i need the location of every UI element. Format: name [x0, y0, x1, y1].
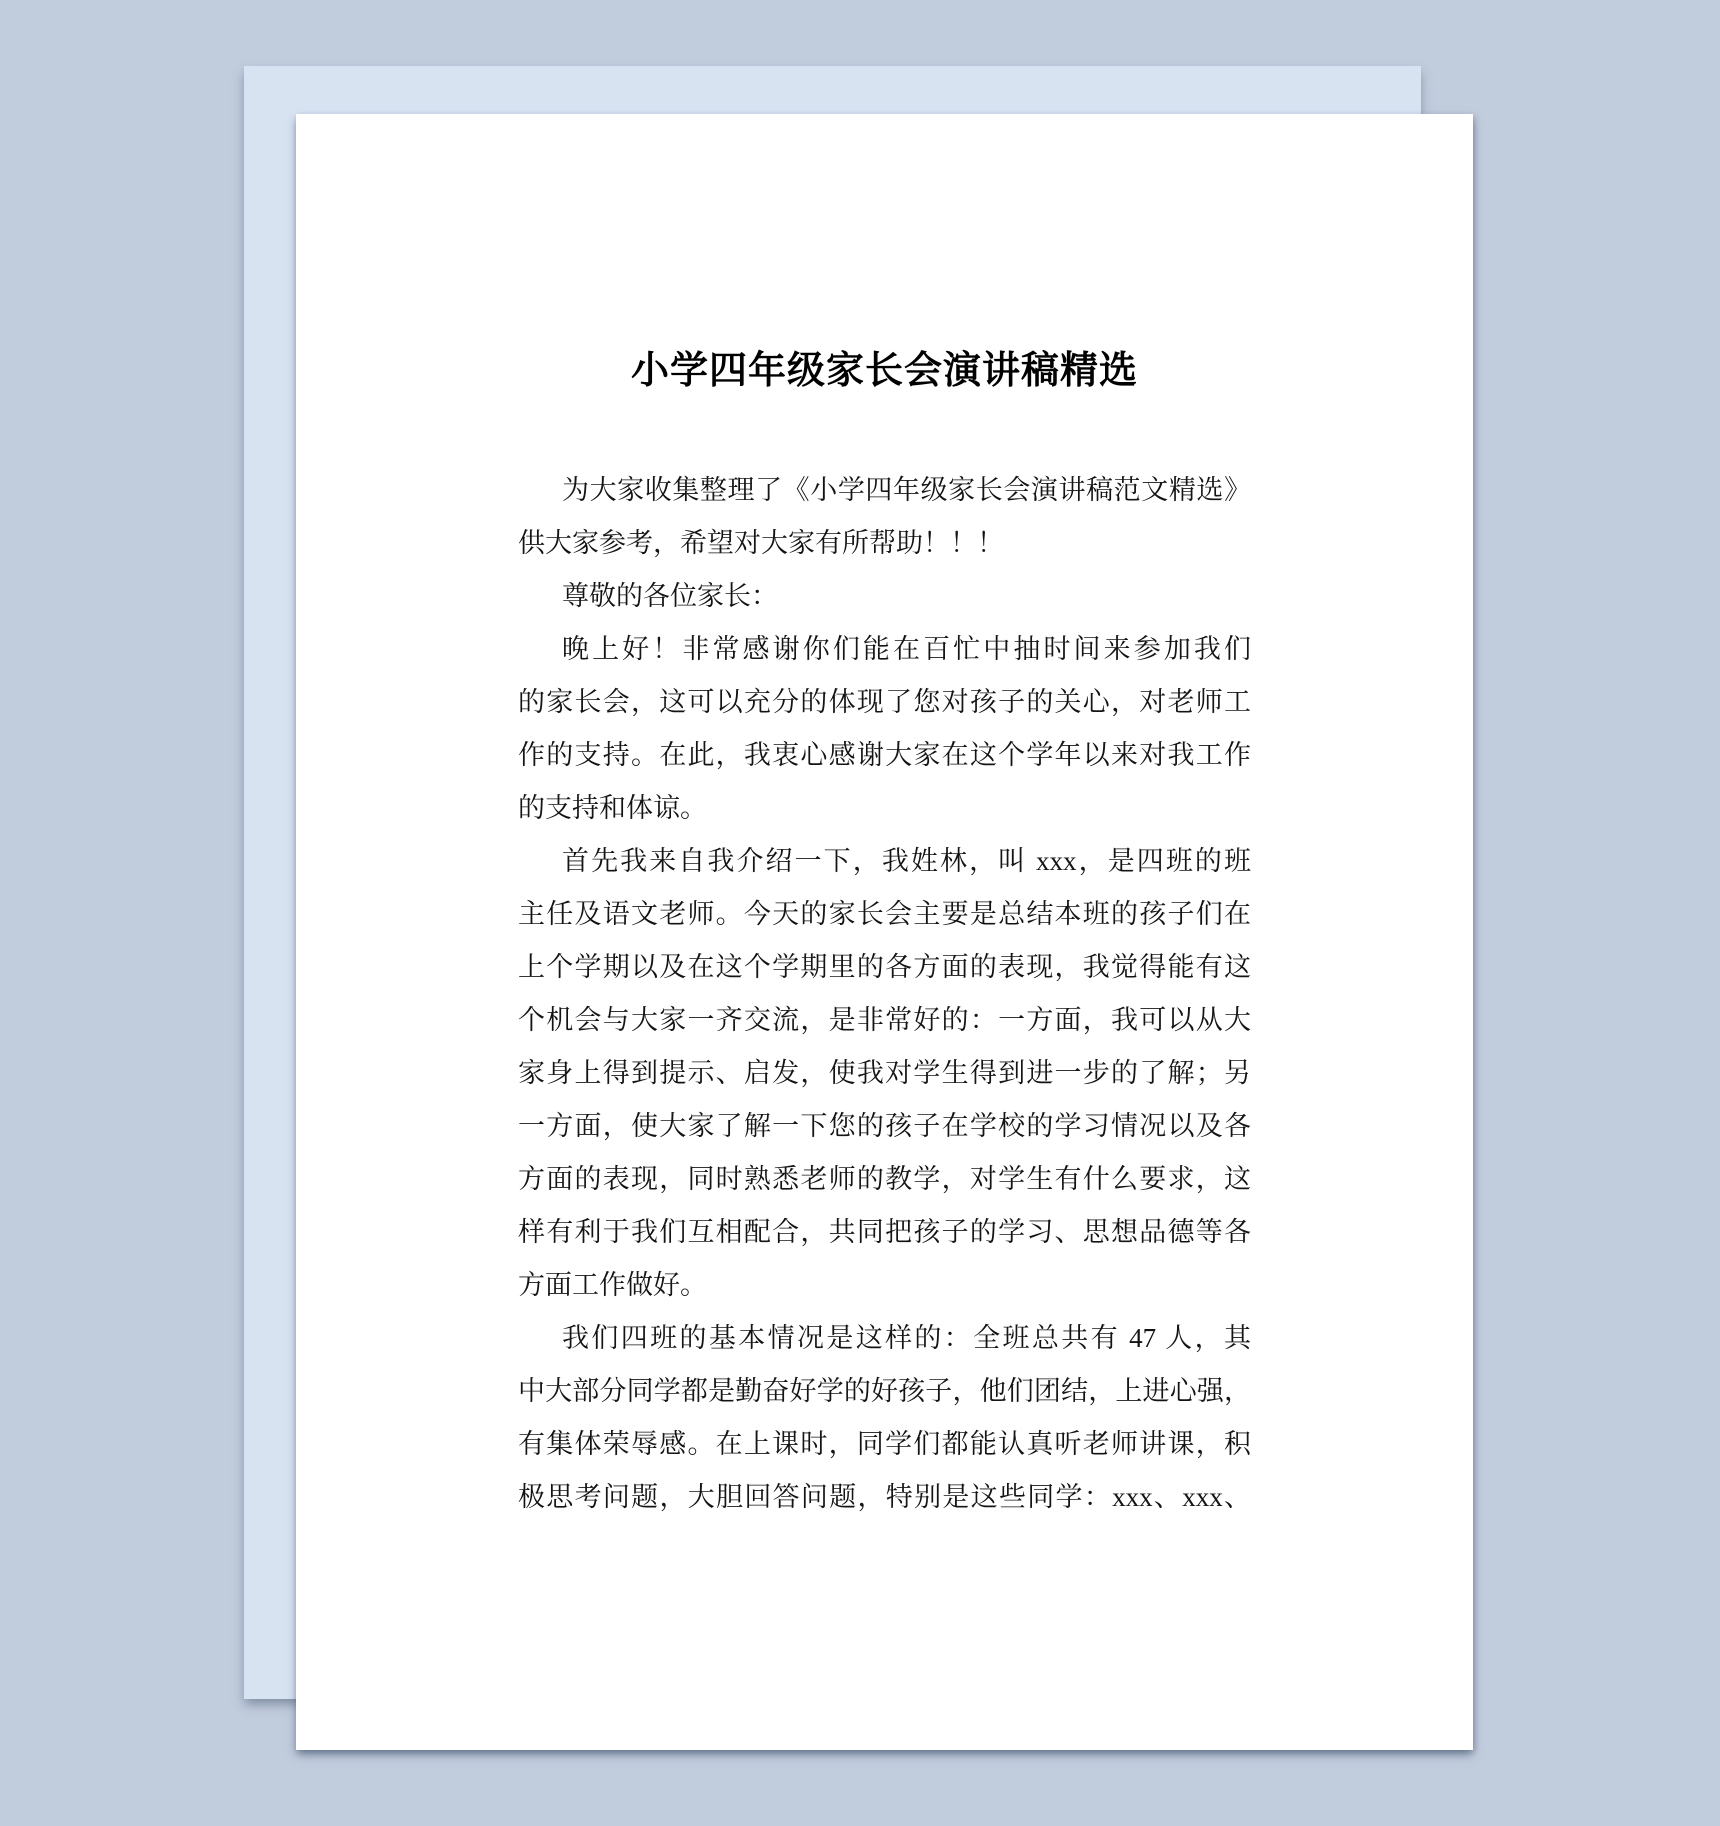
body-line: 的支持和体谅。 [518, 782, 1251, 835]
body-line: 尊敬的各位家长： [518, 570, 1251, 623]
body-line: 个机会与大家一齐交流，是非常好的：一方面，我可以从大 [518, 994, 1251, 1047]
body-line: 样有利于我们互相配合，共同把孩子的学习、思想品德等各 [518, 1206, 1251, 1259]
body-line: 一方面，使大家了解一下您的孩子在学校的学习情况以及各 [518, 1100, 1251, 1153]
body-line: 主任及语文老师。今天的家长会主要是总结本班的孩子们在 [518, 888, 1251, 941]
document-page: 小学四年级家长会演讲稿精选 为大家收集整理了《小学四年级家长会演讲稿范文精选》供… [296, 114, 1473, 1750]
body-line: 方面的表现，同时熟悉老师的教学，对学生有什么要求，这 [518, 1153, 1251, 1206]
body-line: 极思考问题，大胆回答问题，特别是这些同学：xxx、xxx、 [518, 1471, 1251, 1524]
body-line: 供大家参考，希望对大家有所帮助！！！ [518, 517, 1251, 570]
body-line: 作的支持。在此，我衷心感谢大家在这个学年以来对我工作 [518, 729, 1251, 782]
body-line: 晚上好！非常感谢你们能在百忙中抽时间来参加我们 [518, 623, 1251, 676]
body-line: 有集体荣辱感。在上课时，同学们都能认真听老师讲课，积 [518, 1418, 1251, 1471]
body-line: 方面工作做好。 [518, 1259, 1251, 1312]
body-line: 中大部分同学都是勤奋好学的好孩子，他们团结，上进心强， [518, 1365, 1251, 1418]
body-line: 首先我来自我介绍一下，我姓林，叫 xxx，是四班的班 [518, 835, 1251, 888]
body-line: 的家长会，这可以充分的体现了您对孩子的关心，对老师工 [518, 676, 1251, 729]
body-line: 家身上得到提示、启发，使我对学生得到进一步的了解；另 [518, 1047, 1251, 1100]
document-body: 为大家收集整理了《小学四年级家长会演讲稿范文精选》供大家参考，希望对大家有所帮助… [518, 464, 1251, 1524]
body-line: 为大家收集整理了《小学四年级家长会演讲稿范文精选》 [518, 464, 1251, 517]
preview-background: 小学四年级家长会演讲稿精选 为大家收集整理了《小学四年级家长会演讲稿范文精选》供… [0, 0, 1720, 1826]
body-line: 我们四班的基本情况是这样的：全班总共有 47 人，其 [518, 1312, 1251, 1365]
document-title: 小学四年级家长会演讲稿精选 [296, 352, 1473, 390]
body-line: 上个学期以及在这个学期里的各方面的表现，我觉得能有这 [518, 941, 1251, 994]
